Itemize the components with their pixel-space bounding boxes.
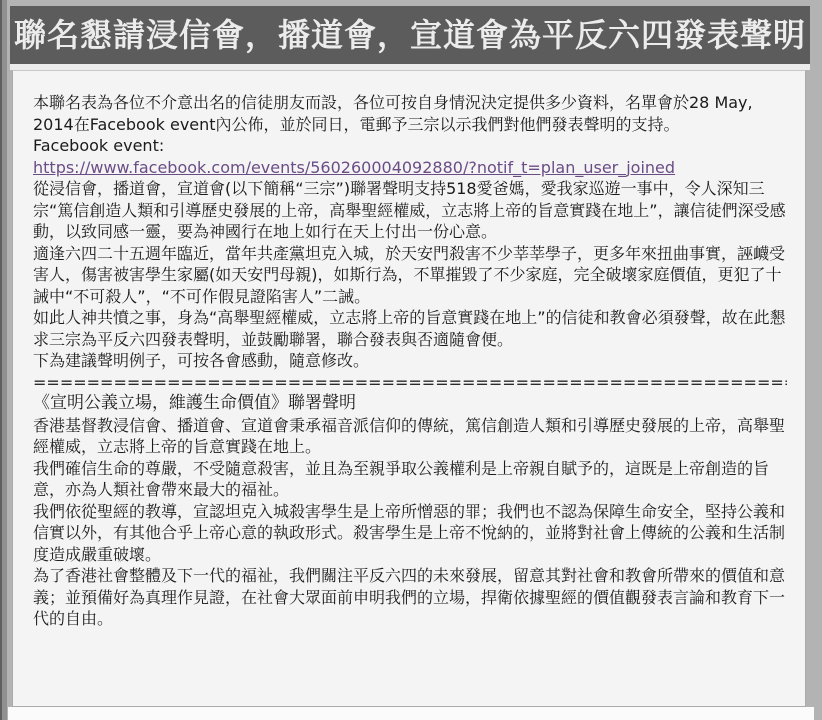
equals-divider: ========================================… — [33, 372, 787, 394]
page-bottom-strip — [8, 707, 814, 720]
statement-paragraph: 我們依從聖經的教導，宣認坦克入城殺害學生是上帝所憎惡的罪；我們也不認為保障生命安… — [33, 501, 787, 566]
appeal-paragraph: 如此人神共憤之事，身為“高舉聖經權威，立志將上帝的旨意實踐在地上”的信徒和教會必… — [33, 307, 787, 350]
facebook-event-link[interactable]: https://www.facebook.com/events/56026000… — [33, 158, 675, 177]
suggestion-note: 下為建議聲明例子，可按各會感動，隨意修改。 — [33, 350, 787, 372]
facebook-event-label: Facebook event: — [33, 135, 787, 157]
statement-paragraph: 為了香港社會整體及下一代的福祉，我們關注平反六四的未來發展，留意其對社會和教會所… — [33, 565, 787, 630]
appeal-paragraph: 從浸信會，播道會，宣道會(以下簡稱“三宗”)聯署聲明支持518愛爸媽，愛我家巡遊… — [33, 178, 787, 243]
statement-paragraph: 香港基督教浸信會、播道會、宣道會秉承福音派信仰的傳統，篤信創造人類和引導歷史發展… — [33, 415, 787, 458]
intro-paragraph: 本聯名表為各位不介意出名的信徒朋友而設，各位可按自身情況決定提供多少資料，名單會… — [33, 92, 787, 135]
page-title: 聯名懇請浸信會，播道會，宣道會為平反六四發表聲明 — [10, 6, 810, 64]
appeal-paragraph: 適逢六四二十五週年臨近，當年共產黨坦克入城，於天安門殺害不少莘莘學子，更多年來扭… — [33, 243, 787, 308]
statement-paragraph: 我們確信生命的尊嚴，不受隨意殺害，並且為至親爭取公義權利是上帝親自賦予的，這既是… — [33, 458, 787, 501]
statement-title: 《宣明公義立場，維護生命價值》聯署聲明 — [33, 393, 787, 415]
facebook-link-line: https://www.facebook.com/events/56026000… — [33, 157, 787, 179]
window-left-edge — [0, 0, 7, 720]
petition-document: 本聯名表為各位不介意出名的信徒朋友而設，各位可按自身情況決定提供多少資料，名單會… — [12, 70, 806, 707]
